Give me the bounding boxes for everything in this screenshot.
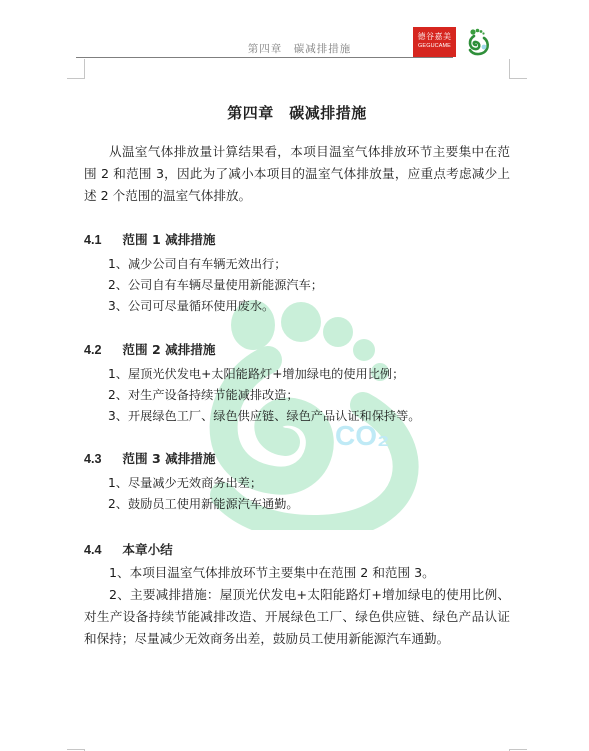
section-heading-4-4: 4.4 本章小结 — [84, 539, 173, 558]
crop-mark-bottom-right-h — [509, 749, 527, 750]
company-logo-cn: 德谷嘉美 — [413, 32, 456, 42]
crop-mark-top-right-v — [509, 59, 510, 79]
company-logo-en: GEGUCAME — [413, 42, 456, 51]
summary-paragraph-1: 1、本项目温室气体排放环节主要集中在范围 2 和范围 3。 — [84, 562, 510, 584]
chapter-intro-paragraph: 从温室气体排放量计算结果看，本项目温室气体排放环节主要集中在范围 2 和范围 3… — [84, 141, 510, 207]
section-heading-4-3: 4.3 范围 3 减排措施 — [84, 448, 216, 467]
crop-mark-bottom-left-h — [67, 749, 85, 750]
list-item: 1、尽量减少无效商务出差； — [108, 474, 262, 491]
list-item: 2、对生产设备持续节能减排改造； — [108, 386, 299, 403]
running-header-title: 第四章 碳减排措施 — [248, 43, 352, 55]
running-header: 第四章 碳减排措施 — [0, 41, 589, 56]
header-rule — [76, 57, 453, 58]
crop-mark-top-right-h — [509, 78, 527, 79]
list-item: 3、开展绿色工厂、绿色供应链、绿色产品认证和保持等。 — [108, 407, 420, 424]
list-item: 1、屋顶光伏发电+太阳能路灯+增加绿电的使用比例； — [108, 365, 404, 382]
section-title: 范围 3 减排措施 — [122, 451, 215, 466]
company-logo: 德谷嘉美 GEGUCAME — [413, 27, 456, 57]
section-number: 4.3 — [84, 452, 118, 466]
section-heading-4-1: 4.1 范围 1 减排措施 — [84, 229, 216, 248]
footprint-logo-icon — [464, 26, 494, 58]
svg-text:CO₂: CO₂ — [335, 420, 389, 451]
section-number: 4.4 — [84, 543, 118, 557]
section-number: 4.1 — [84, 233, 118, 247]
crop-mark-top-left-h — [67, 78, 85, 79]
section-number: 4.2 — [84, 343, 118, 357]
list-item: 3、公司可尽量循环使用废水。 — [108, 297, 274, 314]
section-title: 范围 1 减排措施 — [122, 232, 215, 247]
section-title: 范围 2 减排措施 — [122, 342, 215, 357]
document-page: 第四章 碳减排措施 德谷嘉美 GEGUCAME CO₂ 第四章 — [0, 0, 589, 751]
summary-paragraph-2: 2、主要减排措施：屋顶光伏发电+太阳能路灯+增加绿电的使用比例、对生产设备持续节… — [84, 584, 510, 650]
crop-mark-top-left-v — [84, 59, 85, 79]
section-title: 本章小结 — [122, 542, 172, 557]
list-item: 1、减少公司自有车辆无效出行； — [108, 255, 286, 272]
section-heading-4-2: 4.2 范围 2 减排措施 — [84, 339, 216, 358]
list-item: 2、鼓励员工使用新能源汽车通勤。 — [108, 495, 299, 512]
list-item: 2、公司自有车辆尽量使用新能源汽车； — [108, 276, 323, 293]
chapter-title: 第四章 碳减排措施 — [84, 102, 510, 123]
